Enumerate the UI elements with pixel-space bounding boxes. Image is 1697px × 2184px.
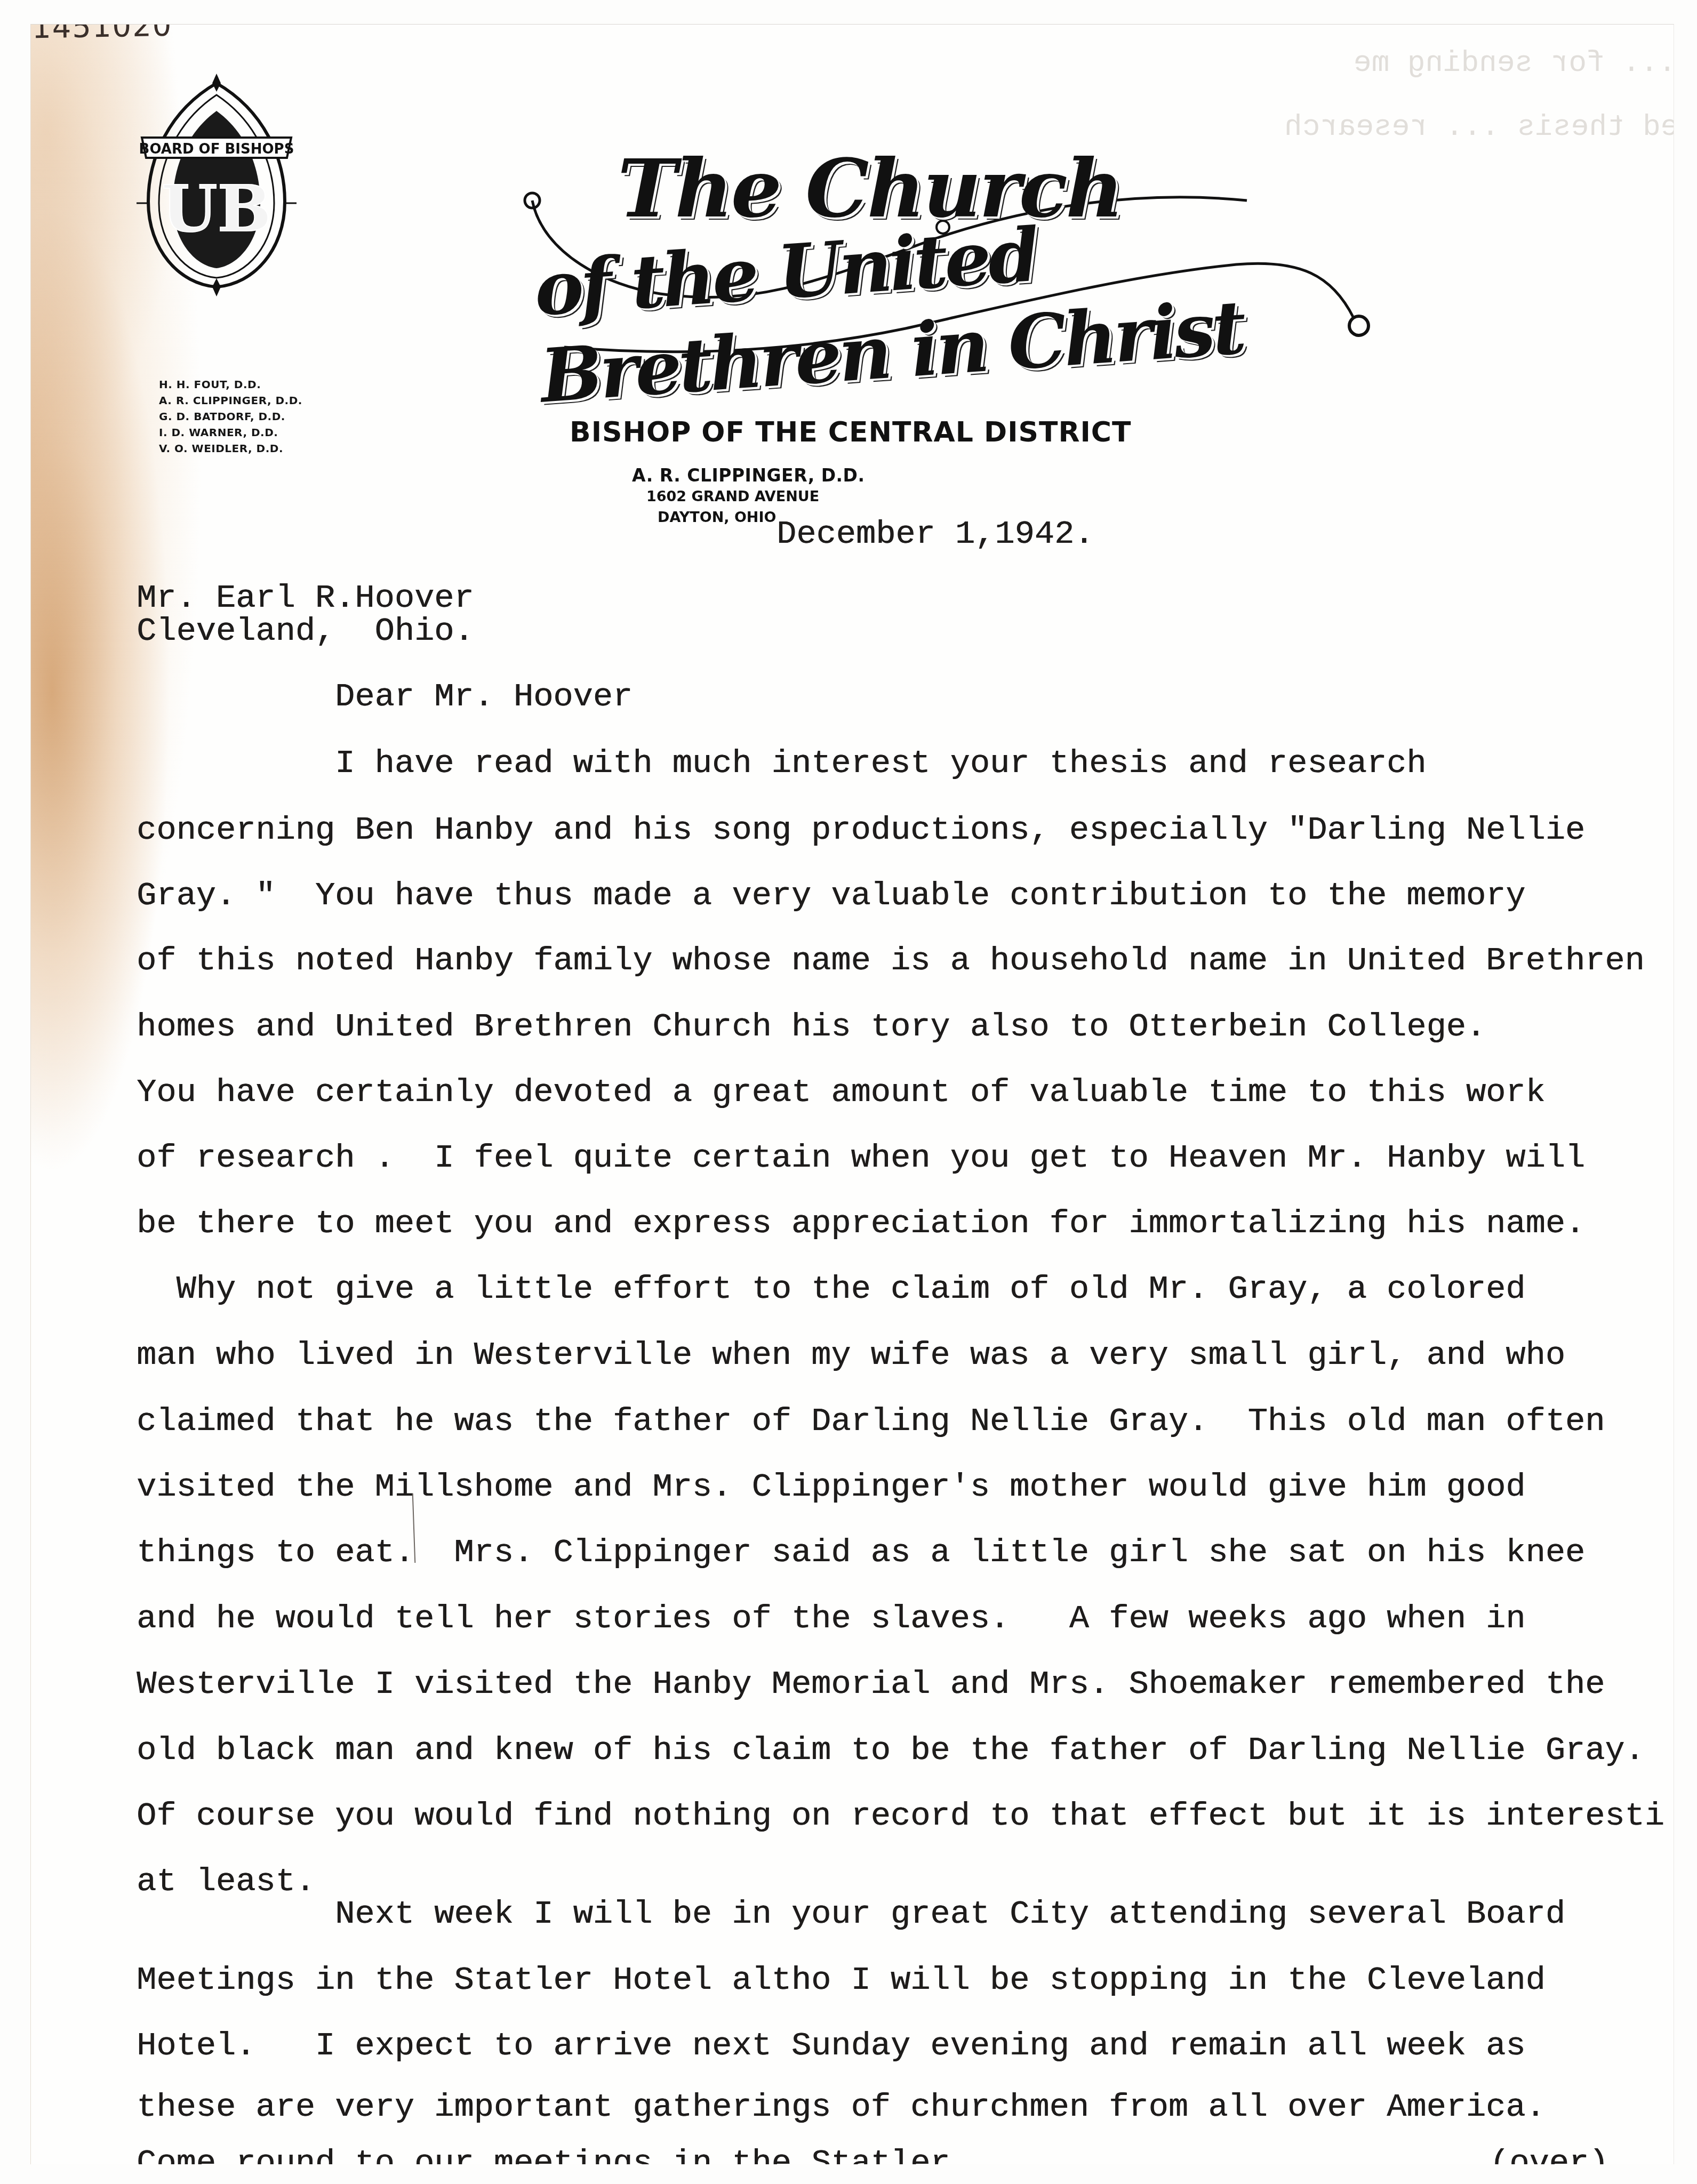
body-line-truncated: Come round to our meetings in the Statle… bbox=[137, 2144, 970, 2164]
bishop-name: V. O. WEIDLER, D.D. bbox=[159, 440, 302, 456]
body-line: Next week I will be in your great City a… bbox=[137, 1895, 1565, 1933]
body-line: man who lived in Westerville when my wif… bbox=[137, 1336, 1565, 1374]
bleed-through-line: remember me very kindly ... for sending … bbox=[1354, 46, 1674, 80]
bishop-name: G. D. BATDORF, D.D. bbox=[159, 408, 302, 424]
body-line: of this noted Hanby family whose name is… bbox=[137, 942, 1645, 979]
letter-page: 1451020 remember me very kindly ... for … bbox=[30, 24, 1674, 2164]
bishop-name: H. H. FOUT, D.D. bbox=[159, 376, 302, 392]
office-title: BISHOP OF THE CENTRAL DISTRICT bbox=[570, 416, 1131, 448]
body-line: old black man and knew of his claim to b… bbox=[137, 1731, 1645, 1769]
body-line: be there to meet you and express appreci… bbox=[137, 1205, 1585, 1242]
body-line: things to eat. Mrs. Clippinger said as a… bbox=[137, 1533, 1585, 1571]
body-line: visited the Millshome and Mrs. Clippinge… bbox=[137, 1468, 1525, 1506]
body-line: homes and United Brethren Church his tor… bbox=[137, 1008, 1486, 1046]
body-line: Gray. " You have thus made a very valuab… bbox=[137, 877, 1525, 914]
office-city: DAYTON, OHIO bbox=[658, 509, 776, 526]
svg-text:BOARD OF BISHOPS: BOARD OF BISHOPS bbox=[139, 141, 294, 157]
body-line: Meetings in the Statler Hotel altho I wi… bbox=[137, 1961, 1546, 1999]
body-line: Of course you would find nothing on reco… bbox=[137, 1797, 1664, 1835]
body-line: You have certainly devoted a great amoun… bbox=[137, 1073, 1546, 1111]
body-line: concerning Ben Hanby and his song produc… bbox=[137, 811, 1585, 849]
body-line: Why not give a little effort to the clai… bbox=[137, 1270, 1525, 1308]
bishop-name: A. R. CLIPPINGER, D.D. bbox=[159, 392, 302, 408]
letter-date: December 1,1942. bbox=[777, 515, 1094, 553]
continuation-mark: (over) bbox=[1490, 2144, 1608, 2164]
salutation: Dear Mr. Hoover bbox=[335, 678, 633, 716]
recipient-city: Cleveland, Ohio. bbox=[137, 612, 474, 650]
office-address: 1602 GRAND AVENUE bbox=[646, 488, 819, 505]
body-line: I have read with much interest your thes… bbox=[137, 744, 1426, 782]
body-line: and he would tell her stories of the sla… bbox=[137, 1600, 1525, 1637]
body-line: of research . I feel quite certain when … bbox=[137, 1139, 1585, 1177]
body-line: these are very important gatherings of c… bbox=[137, 2088, 1546, 2126]
bishop-name: I. D. WARNER, D.D. bbox=[159, 424, 302, 440]
body-line: Hotel. I expect to arrive next Sunday ev… bbox=[137, 2027, 1525, 2065]
board-of-bishops-seal: BOARD OF BISHOPS UB bbox=[137, 74, 297, 298]
office-bishop-name: A. R. CLIPPINGER, D.D. bbox=[632, 465, 865, 486]
recipient-name: Mr. Earl R.Hoover bbox=[137, 579, 474, 617]
body-line: Westerville I visited the Hanby Memorial… bbox=[137, 1665, 1605, 1703]
body-line: claimed that he was the father of Darlin… bbox=[137, 1402, 1605, 1440]
seal-emblem-icon: BOARD OF BISHOPS UB bbox=[137, 74, 297, 298]
church-masthead: The Church of the United Brethren in Chr… bbox=[500, 105, 1407, 382]
svg-text:UB: UB bbox=[162, 171, 271, 246]
archive-number: 1451020 bbox=[31, 24, 173, 45]
board-of-bishops-list: H. H. FOUT, D.D. A. R. CLIPPINGER, D.D. … bbox=[159, 376, 302, 456]
